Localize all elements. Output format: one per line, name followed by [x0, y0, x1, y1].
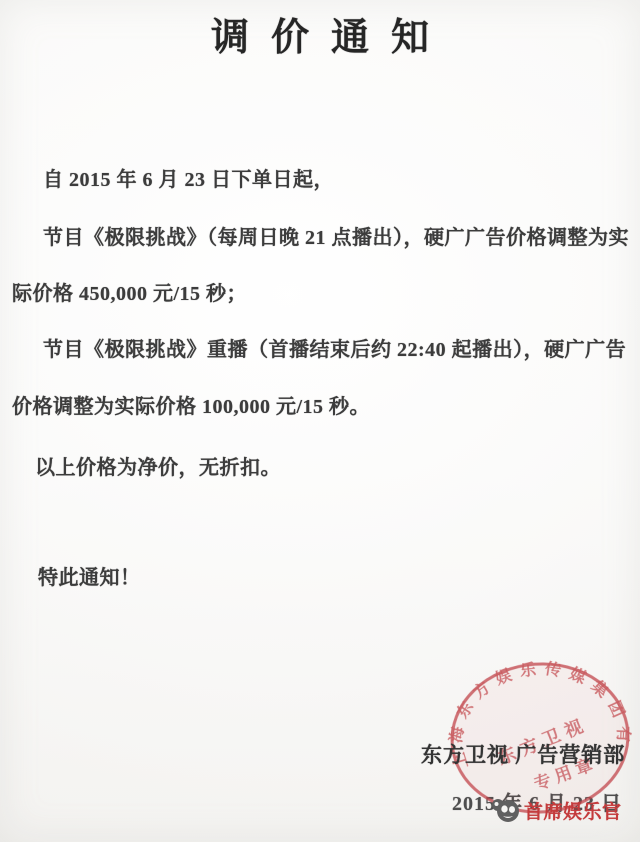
- page-title: 调价通知: [0, 6, 640, 61]
- panda-logo-icon: [490, 796, 520, 824]
- price-notice-document: 调价通知 自 2015 年 6 月 23 日下单日起， 节目《极限挑战》（每周日…: [0, 0, 640, 842]
- rerun-price-line-2: 价格调整为实际价格 100,000 元/15 秒。: [12, 390, 370, 419]
- primetime-price-line-1: 节目《极限挑战》（每周日晚 21 点播出），硬广广告价格调整为实: [43, 221, 629, 250]
- net-price-line: 以上价格为净价，无折扣。: [35, 451, 281, 480]
- effective-date-line: 自 2015 年 6 月 23 日下单日起，: [43, 163, 334, 192]
- primetime-price-line-2: 际价格 450,000 元/15 秒；: [12, 277, 247, 306]
- closing-line: 特此通知！: [38, 561, 141, 590]
- watermark-label: 首席娱乐官: [524, 797, 622, 824]
- watermark: 首席娱乐官: [490, 796, 622, 824]
- signature-department: 东方卫视 广告营销部: [421, 739, 625, 769]
- rerun-price-line-1: 节目《极限挑战》重播（首播结束后约 22:40 起播出），硬广广告: [43, 333, 626, 362]
